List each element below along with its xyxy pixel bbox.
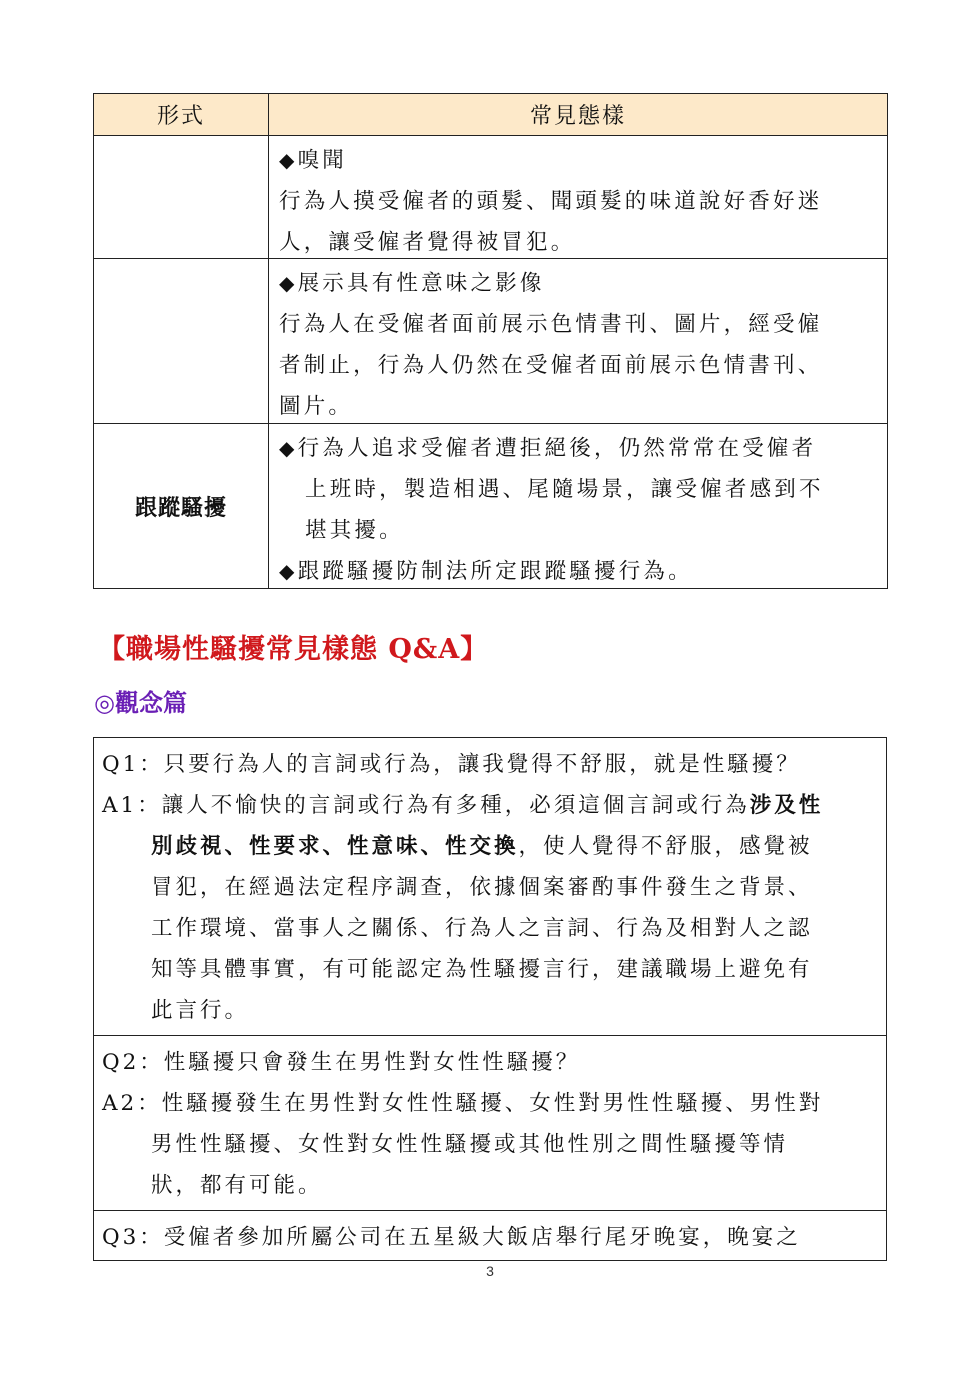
diamond-bullet-icon: ◆ — [279, 436, 298, 460]
form-cell-empty — [94, 136, 269, 259]
pattern-cell: ◆展示具有性意味之影像 行為人在受僱者面前展示色情書刊、圖片，經受僱 者制止，行… — [269, 259, 888, 424]
answer-2-line: 男性性騷擾、女性對女性性騷擾或其他性別之間性騷擾等情 — [102, 1124, 878, 1165]
qa-item-3: Q3：受僱者參加所屬公司在五星級大飯店舉行尾牙晚宴，晚宴之 — [94, 1211, 886, 1261]
qa-item-1: Q1：只要行為人的言詞或行為，讓我覺得不舒服，就是性騷擾？ A1：讓人不愉快的言… — [94, 738, 886, 1036]
diamond-bullet-icon: ◆ — [279, 559, 298, 583]
pattern-line: 堪其擾。 — [279, 510, 879, 551]
section-title: 【職場性騷擾常見樣態 Q&A】 — [98, 627, 488, 666]
pattern-title: ◆嗅聞 — [279, 140, 879, 181]
form-cell-empty — [94, 259, 269, 424]
pattern-line: 行為人摸受僱者的頭髮、聞頭髮的味道說好香好迷 — [279, 181, 879, 222]
pattern-line: 上班時，製造相遇、尾隨場景，讓受僱者感到不 — [279, 469, 879, 510]
document-page: 形式 常見態樣 ◆嗅聞 行為人摸受僱者的頭髮、聞頭髮的味道說好香好迷 人，讓受僱… — [0, 0, 980, 1385]
pattern-line: 者制止，行為人仍然在受僱者面前展示色情書刊、 — [279, 345, 879, 386]
diamond-bullet-icon: ◆ — [279, 148, 298, 172]
question-2: Q2：性騷擾只會發生在男性對女性性騷擾？ — [102, 1042, 878, 1083]
table-row: 跟蹤騷擾 ◆行為人追求受僱者遭拒絕後，仍然常常在受僱者 上班時，製造相遇、尾隨場… — [94, 424, 888, 589]
answer-2-line: A2：性騷擾發生在男性對女性性騷擾、女性對男性性騷擾、男性對 — [102, 1083, 878, 1124]
harassment-forms-table: 形式 常見態樣 ◆嗅聞 行為人摸受僱者的頭髮、聞頭髮的味道說好香好迷 人，讓受僱… — [93, 93, 888, 589]
table-row: ◆嗅聞 行為人摸受僱者的頭髮、聞頭髮的味道說好香好迷 人，讓受僱者覺得被冒犯。 — [94, 136, 888, 259]
pattern-line: 行為人在受僱者面前展示色情書刊、圖片，經受僱 — [279, 304, 879, 345]
page-number: 3 — [0, 1263, 980, 1279]
table-header-row: 形式 常見態樣 — [94, 94, 888, 136]
answer-1-line: 此言行。 — [102, 990, 878, 1031]
answer-1-line: 別歧視、性要求、性意味、性交換，使人覺得不舒服，感覺被 — [102, 826, 878, 867]
qa-item-2: Q2：性騷擾只會發生在男性對女性性騷擾？ A2：性騷擾發生在男性對女性性騷擾、女… — [94, 1036, 886, 1211]
section-subtitle: ◎觀念篇 — [94, 683, 187, 718]
pattern-line: ◆跟蹤騷擾防制法所定跟蹤騷擾行為。 — [279, 551, 879, 592]
answer-2-line: 狀，都有可能。 — [102, 1165, 878, 1206]
answer-1-line: 冒犯，在經過法定程序調查，依據個案審酌事件發生之背景、 — [102, 867, 878, 908]
header-common-patterns: 常見態樣 — [269, 94, 888, 136]
question-1: Q1：只要行為人的言詞或行為，讓我覺得不舒服，就是性騷擾？ — [102, 744, 878, 785]
pattern-cell: ◆嗅聞 行為人摸受僱者的頭髮、聞頭髮的味道說好香好迷 人，讓受僱者覺得被冒犯。 — [269, 136, 888, 259]
diamond-bullet-icon: ◆ — [279, 271, 298, 295]
pattern-line: 圖片。 — [279, 386, 879, 427]
pattern-line: 人，讓受僱者覺得被冒犯。 — [279, 222, 879, 263]
pattern-cell: ◆行為人追求受僱者遭拒絕後，仍然常常在受僱者 上班時，製造相遇、尾隨場景，讓受僱… — [269, 424, 888, 589]
form-label-stalking: 跟蹤騷擾 — [94, 424, 269, 589]
pattern-line: ◆行為人追求受僱者遭拒絕後，仍然常常在受僱者 — [279, 428, 879, 469]
answer-1-line: 知等具體事實，有可能認定為性騷擾言行，建議職場上避免有 — [102, 949, 878, 990]
pattern-title: ◆展示具有性意味之影像 — [279, 263, 879, 304]
question-3: Q3：受僱者參加所屬公司在五星級大飯店舉行尾牙晚宴，晚宴之 — [102, 1217, 878, 1258]
qa-box: Q1：只要行為人的言詞或行為，讓我覺得不舒服，就是性騷擾？ A1：讓人不愉快的言… — [93, 737, 887, 1261]
header-form: 形式 — [94, 94, 269, 136]
answer-1-line: A1：讓人不愉快的言詞或行為有多種，必須這個言詞或行為涉及性 — [102, 785, 878, 826]
answer-1-line: 工作環境、當事人之關係、行為人之言詞、行為及相對人之認 — [102, 908, 878, 949]
table-row: ◆展示具有性意味之影像 行為人在受僱者面前展示色情書刊、圖片，經受僱 者制止，行… — [94, 259, 888, 424]
